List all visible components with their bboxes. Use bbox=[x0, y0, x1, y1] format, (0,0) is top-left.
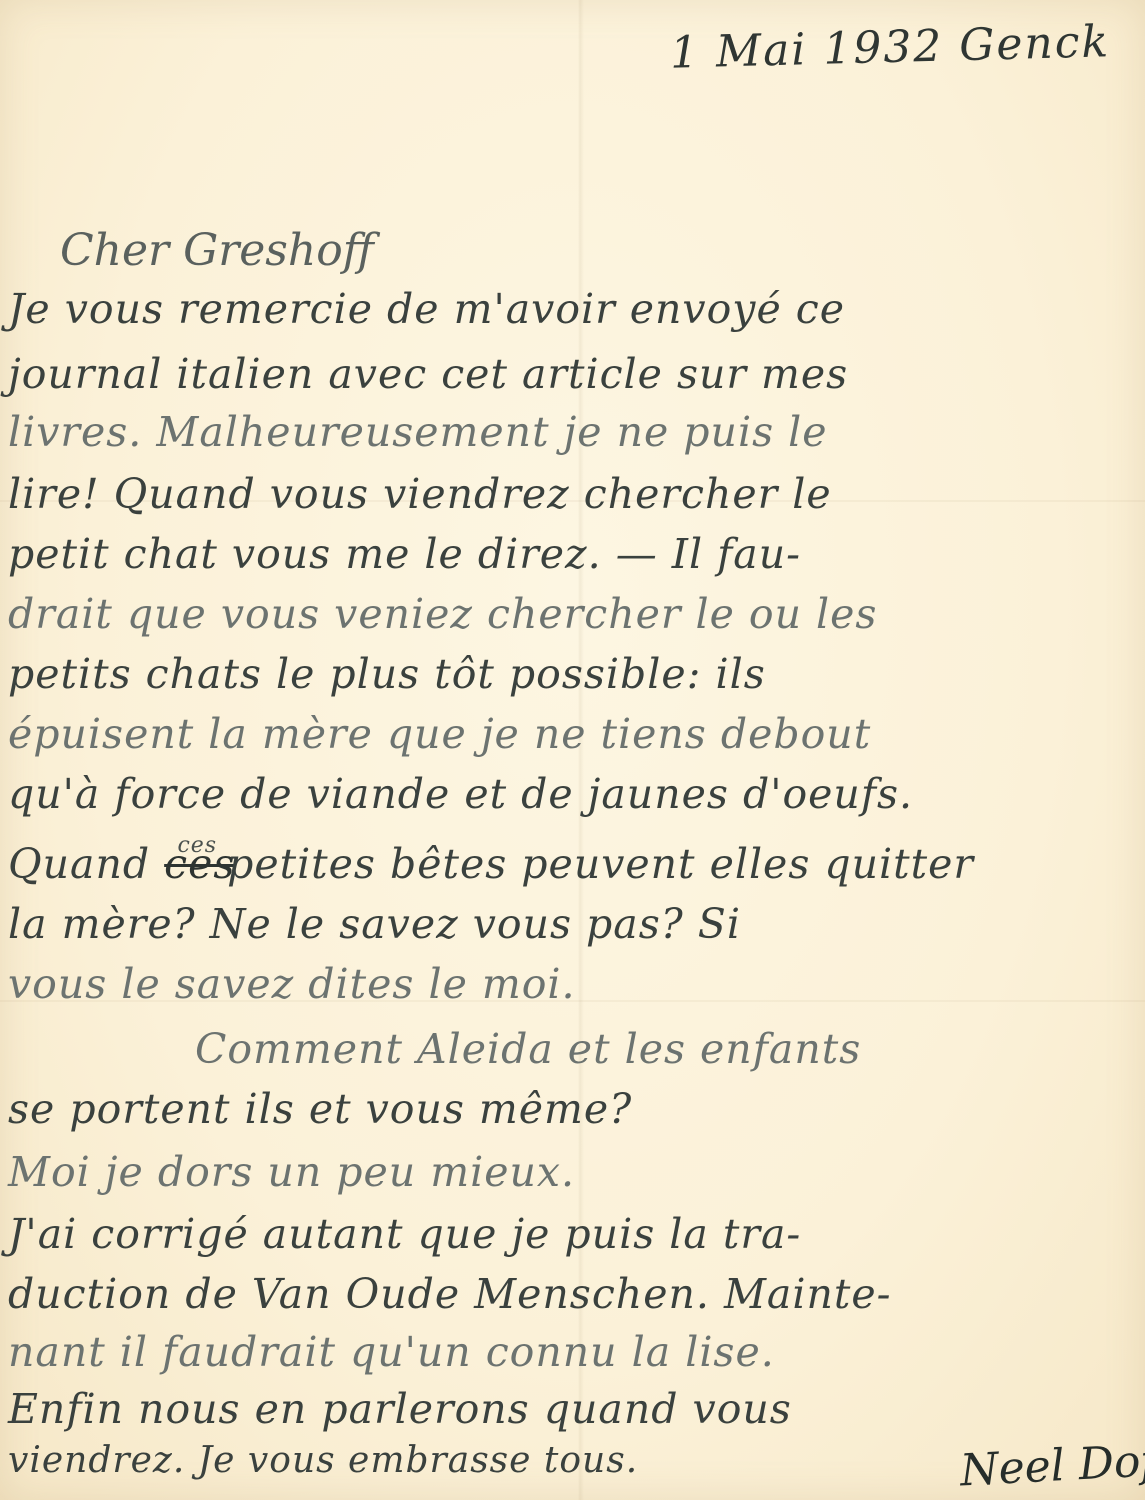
body-line: viendrez. Je vous embrasse tous. bbox=[8, 1440, 638, 1481]
body-line: Moi je dors un peu mieux. bbox=[8, 1148, 575, 1196]
body-line: vous le savez dites le moi. bbox=[8, 960, 576, 1008]
body-line: se portent ils et vous même? bbox=[8, 1085, 632, 1133]
body-line: la mère? Ne le savez vous pas? Si bbox=[8, 900, 741, 948]
body-line: petits chats le plus tôt possible: ils bbox=[8, 650, 766, 698]
body-line: drait que vous veniez chercher le ou les bbox=[8, 590, 877, 638]
inserted-word: ces bbox=[177, 833, 217, 858]
body-line: Je vous remercie de m'avoir envoyé ce bbox=[8, 285, 845, 333]
correction-after: petites bêtes peuvent elles quitter bbox=[227, 840, 974, 888]
body-line: journal italien avec cet article sur mes bbox=[8, 350, 848, 398]
body-line: Comment Aleida et les enfants bbox=[195, 1025, 861, 1073]
salutation: Cher Greshoff bbox=[60, 225, 374, 276]
body-line: duction de Van Oude Menschen. Mainte- bbox=[8, 1270, 892, 1318]
body-line: J'ai corrigé autant que je puis la tra- bbox=[8, 1210, 801, 1258]
body-line: livres. Malheureusement je ne puis le bbox=[8, 408, 828, 456]
body-line: lire! Quand vous viendrez chercher le bbox=[8, 470, 832, 518]
body-line: Enfin nous en parlerons quand vous bbox=[8, 1385, 792, 1433]
body-line: qu'à force de viande et de jaunes d'oeuf… bbox=[8, 770, 913, 818]
letter-page: 1 Mai 1932 Genck Cher Greshoff Je vous r… bbox=[0, 0, 1145, 1500]
signature: Neel Doff bbox=[959, 1434, 1145, 1496]
correction-before: Quand bbox=[8, 840, 164, 888]
body-line: petit chat vous me le direz. — Il fau- bbox=[8, 530, 801, 578]
body-line: nant il faudrait qu'un connu la lise. bbox=[8, 1328, 775, 1376]
body-line: épuisent la mère que je ne tiens debout bbox=[8, 710, 871, 758]
body-line-with-correction: Quand cescespetites bêtes peuvent elles … bbox=[8, 840, 974, 888]
date-place-header: 1 Mai 1932 Genck bbox=[669, 16, 1110, 79]
